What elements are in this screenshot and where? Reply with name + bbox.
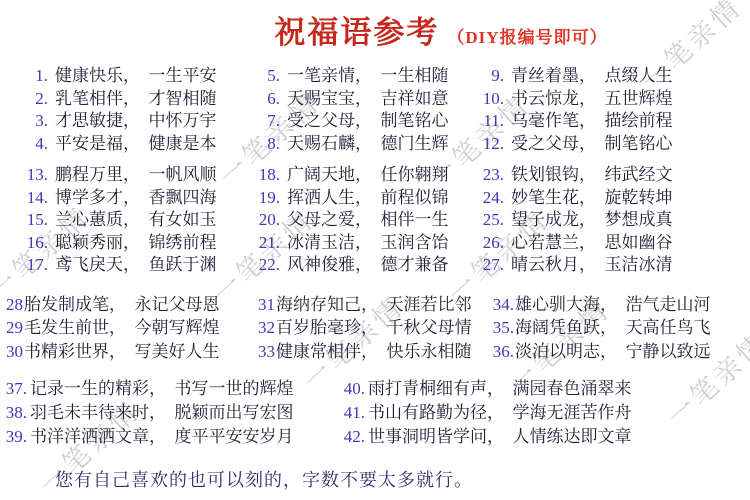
item-number: 38.: [0, 401, 27, 425]
item-text: 聪颖秀丽， 锦绣前程: [55, 233, 217, 252]
item-text: 青丝着墨， 点缀人生: [511, 66, 673, 85]
item-number: 34.: [491, 293, 514, 317]
item-number: 25.: [478, 209, 504, 232]
blessing-column: 5.一笔亲情， 一生相随6.天赐宝宝， 吉祥如意7.受之父母， 制笔铭心8.天赐…: [254, 65, 478, 155]
blessing-column: 9.青丝着墨， 点缀人生10.书云惊龙， 五世辉煌11.乌毫作笔， 描绘前程12…: [478, 65, 673, 155]
item-text: 雄心驯大海， 浩气走山河: [515, 295, 711, 314]
blessing-item: 35.海阔凭鱼跃， 天高任鸟飞: [491, 316, 711, 340]
item-number: 26.: [478, 232, 504, 255]
blessing-item: 21.冰清玉洁， 玉润含饴: [254, 232, 478, 255]
blessing-item: 33健康常相伴， 快乐永相随: [252, 340, 491, 364]
item-text: 铁划银钩， 纬武经文: [511, 165, 673, 184]
item-number: 39.: [0, 425, 27, 449]
item-text: 淡泊以明志， 宁静以致远: [515, 342, 711, 361]
page-content: 祝福语参考 （DIY报编号即可） 1.健康快乐， 一生平安2.乳笔相伴， 才智相…: [0, 0, 750, 492]
item-text: 妙笔生花， 旋乾转坤: [511, 188, 673, 207]
item-number: 37.: [0, 377, 27, 401]
item-number: 19.: [254, 187, 280, 210]
blessing-item: 17.鸢飞戾天， 鱼跃于渊: [22, 254, 254, 277]
blessing-item: 10.书云惊龙， 五世辉煌: [478, 88, 673, 111]
item-number: 8.: [254, 133, 280, 156]
blessing-column: 18.广阔天地， 任你翱翔19.挥洒人生， 前程似锦20.父母之爱， 相伴一生2…: [254, 164, 478, 277]
item-number: 35.: [491, 316, 514, 340]
item-text: 世事洞明皆学问， 人情练达即文章: [368, 427, 632, 446]
blessing-item: 27.晴云秋月， 玉洁冰清: [478, 254, 673, 277]
item-number: 20.: [254, 209, 280, 232]
blessing-item: 28胎发制成笔， 永记父母恩: [0, 293, 252, 317]
item-text: 毛发生前世， 今朝写辉煌: [24, 318, 220, 337]
item-text: 海纳存知己， 天涯若比邻: [276, 295, 472, 314]
item-text: 鹏程万里， 一帆风顺: [55, 165, 217, 184]
item-text: 心若慧兰， 思如幽谷: [511, 233, 673, 252]
blessing-column: 40.雨打青桐细有声， 满园春色涌翠来41.书山有路勤为径， 学海无涯苦作舟42…: [338, 377, 632, 449]
item-number: 31: [252, 293, 275, 317]
blessing-item: 26.心若慧兰， 思如幽谷: [478, 232, 673, 255]
blessing-item: 31海纳存知己， 天涯若比邻: [252, 293, 491, 317]
item-text: 平安是福， 健康是本: [55, 134, 217, 153]
blessing-item: 34.雄心驯大海， 浩气走山河: [491, 293, 711, 317]
title-text: 祝福语参考: [274, 15, 439, 50]
blessing-item: 4.平安是福， 健康是本: [22, 133, 254, 156]
item-text: 挥洒人生， 前程似锦: [287, 188, 449, 207]
item-number: 6.: [254, 88, 280, 111]
blessing-item: 39.书洋洋洒洒文章， 度平平安安岁月: [0, 425, 338, 449]
item-text: 记录一生的精彩， 书写一世的辉煌: [30, 379, 294, 398]
item-number: 5.: [254, 65, 280, 88]
blessing-item: 6.天赐宝宝， 吉祥如意: [254, 88, 478, 111]
blessing-column: 37.记录一生的精彩， 书写一世的辉煌38.羽毛未丰待来时， 脱颖而出写宏图39…: [0, 377, 338, 449]
footer-note: 您有自己喜欢的也可以刻的，字数不要太多就行。: [55, 466, 750, 492]
blessing-item: 42.世事洞明皆学问， 人情练达即文章: [338, 425, 632, 449]
item-text: 冰清玉洁， 玉润含饴: [287, 233, 449, 252]
item-number: 2.: [22, 88, 48, 111]
blessing-item: 16.聪颖秀丽， 锦绣前程: [22, 232, 254, 255]
item-text: 胎发制成笔， 永记父母恩: [24, 295, 220, 314]
item-text: 羽毛未丰待来时， 脱颖而出写宏图: [30, 403, 294, 422]
blessing-item: 8.天赐石麟， 德门生辉: [254, 133, 478, 156]
item-text: 博学多才， 香飘四海: [55, 188, 217, 207]
item-text: 受之父母， 制笔铭心: [511, 134, 673, 153]
item-number: 12.: [478, 133, 504, 156]
item-number: 32: [252, 316, 275, 340]
item-text: 书精彩世界， 写美好人生: [24, 342, 220, 361]
item-number: 10.: [478, 88, 504, 111]
item-number: 15.: [22, 209, 48, 232]
blessing-item: 25.望子成龙， 梦想成真: [478, 209, 673, 232]
item-text: 受之父母， 制笔铭心: [287, 111, 449, 130]
item-number: 28: [0, 293, 23, 317]
blessing-item: 13.鹏程万里， 一帆风顺: [22, 164, 254, 187]
blessing-item: 36.淡泊以明志， 宁静以致远: [491, 340, 711, 364]
blessing-item: 19.挥洒人生， 前程似锦: [254, 187, 478, 210]
blessing-reference-page: 一笔亲情一笔亲情一笔亲情一笔亲情一笔亲情一笔亲情一笔亲情一笔亲情一笔亲情一笔亲情…: [0, 0, 750, 500]
blessing-item: 11.乌毫作笔， 描绘前程: [478, 110, 673, 133]
item-number: 9.: [478, 65, 504, 88]
item-number: 7.: [254, 110, 280, 133]
item-number: 29: [0, 316, 23, 340]
item-text: 望子成龙， 梦想成真: [511, 210, 673, 229]
item-number: 23.: [478, 164, 504, 187]
blessing-item: 40.雨打青桐细有声， 满园春色涌翠来: [338, 377, 632, 401]
blessing-item: 14.博学多才， 香飘四海: [22, 187, 254, 210]
item-number: 33: [252, 340, 275, 364]
item-number: 41.: [338, 401, 365, 425]
item-number: 1.: [22, 65, 48, 88]
item-number: 42.: [338, 425, 365, 449]
item-text: 晴云秋月， 玉洁冰清: [511, 255, 673, 274]
item-text: 父母之爱， 相伴一生: [287, 210, 449, 229]
item-text: 健康快乐， 一生平安: [55, 66, 217, 85]
blessing-column: 23.铁划银钩， 纬武经文24.妙笔生花， 旋乾转坤25.望子成龙， 梦想成真2…: [478, 164, 673, 277]
item-text: 书云惊龙， 五世辉煌: [511, 89, 673, 108]
blessing-item: 3.才思敏捷， 中怀万宇: [22, 110, 254, 133]
item-text: 健康常相伴， 快乐永相随: [276, 342, 472, 361]
item-text: 乌毫作笔， 描绘前程: [511, 111, 673, 130]
item-text: 一笔亲情， 一生相随: [287, 66, 449, 85]
item-text: 书山有路勤为径， 学海无涯苦作舟: [368, 403, 632, 422]
blessing-item: 5.一笔亲情， 一生相随: [254, 65, 478, 88]
blessing-column: 34.雄心驯大海， 浩气走山河35.海阔凭鱼跃， 天高任鸟飞36.淡泊以明志， …: [491, 293, 711, 364]
item-number: 24.: [478, 187, 504, 210]
blessing-item: 24.妙笔生花， 旋乾转坤: [478, 187, 673, 210]
blessing-column: 1.健康快乐， 一生平安2.乳笔相伴， 才智相随3.才思敏捷， 中怀万宇4.平安…: [22, 65, 254, 155]
item-number: 16.: [22, 232, 48, 255]
item-number: 21.: [254, 232, 280, 255]
item-text: 才思敏捷， 中怀万宇: [55, 111, 217, 130]
item-number: 11.: [478, 110, 504, 133]
blessing-blocks: 1.健康快乐， 一生平安2.乳笔相伴， 才智相随3.才思敏捷， 中怀万宇4.平安…: [0, 65, 750, 449]
blessing-item: 30书精彩世界， 写美好人生: [0, 340, 252, 364]
blessing-item: 29毛发生前世， 今朝写辉煌: [0, 316, 252, 340]
item-text: 乳笔相伴， 才智相随: [55, 89, 217, 108]
blessing-column: 13.鹏程万里， 一帆风顺14.博学多才， 香飘四海15.兰心蕙质， 有女如玉1…: [22, 164, 254, 277]
item-number: 18.: [254, 164, 280, 187]
item-number: 27.: [478, 254, 504, 277]
blessing-item: 41.书山有路勤为径， 学海无涯苦作舟: [338, 401, 632, 425]
blessing-item: 22.风神俊雅， 德才兼备: [254, 254, 478, 277]
blessing-item: 23.铁划银钩， 纬武经文: [478, 164, 673, 187]
blessing-item: 38.羽毛未丰待来时， 脱颖而出写宏图: [0, 401, 338, 425]
blessing-item: 1.健康快乐， 一生平安: [22, 65, 254, 88]
item-text: 风神俊雅， 德才兼备: [287, 255, 449, 274]
item-text: 兰心蕙质， 有女如玉: [55, 210, 217, 229]
blessing-item: 12.受之父母， 制笔铭心: [478, 133, 673, 156]
item-number: 22.: [254, 254, 280, 277]
item-number: 13.: [22, 164, 48, 187]
blessing-item: 37.记录一生的精彩， 书写一世的辉煌: [0, 377, 338, 401]
title-note: （DIY报编号即可）: [447, 28, 607, 47]
page-title: 祝福语参考 （DIY报编号即可）: [0, 0, 750, 52]
item-text: 天赐宝宝， 吉祥如意: [287, 89, 449, 108]
item-text: 海阔凭鱼跃， 天高任鸟飞: [515, 318, 711, 337]
blessing-item: 15.兰心蕙质， 有女如玉: [22, 209, 254, 232]
blessing-item: 2.乳笔相伴， 才智相随: [22, 88, 254, 111]
item-text: 天赐石麟， 德门生辉: [287, 134, 449, 153]
item-text: 书洋洋洒洒文章， 度平平安安岁月: [30, 427, 294, 446]
blessing-block: 37.记录一生的精彩， 书写一世的辉煌38.羽毛未丰待来时， 脱颖而出写宏图39…: [0, 377, 750, 449]
blessing-item: 18.广阔天地， 任你翱翔: [254, 164, 478, 187]
blessing-item: 20.父母之爱， 相伴一生: [254, 209, 478, 232]
blessing-item: 7.受之父母， 制笔铭心: [254, 110, 478, 133]
item-number: 40.: [338, 377, 365, 401]
blessing-column: 28胎发制成笔， 永记父母恩29毛发生前世， 今朝写辉煌30书精彩世界， 写美好…: [0, 293, 252, 364]
blessing-block: 1.健康快乐， 一生平安2.乳笔相伴， 才智相随3.才思敏捷， 中怀万宇4.平安…: [22, 65, 750, 155]
item-text: 鸢飞戾天， 鱼跃于渊: [55, 255, 217, 274]
blessing-block: 28胎发制成笔， 永记父母恩29毛发生前世， 今朝写辉煌30书精彩世界， 写美好…: [0, 293, 750, 364]
item-text: 雨打青桐细有声， 满园春色涌翠来: [368, 379, 632, 398]
blessing-item: 32百岁胎毫珍， 千秋父母情: [252, 316, 491, 340]
item-text: 广阔天地， 任你翱翔: [287, 165, 449, 184]
item-number: 36.: [491, 340, 514, 364]
item-number: 30: [0, 340, 23, 364]
blessing-block: 13.鹏程万里， 一帆风顺14.博学多才， 香飘四海15.兰心蕙质， 有女如玉1…: [22, 164, 750, 277]
item-number: 17.: [22, 254, 48, 277]
blessing-item: 9.青丝着墨， 点缀人生: [478, 65, 673, 88]
item-number: 3.: [22, 110, 48, 133]
blessing-column: 31海纳存知己， 天涯若比邻32百岁胎毫珍， 千秋父母情33健康常相伴， 快乐永…: [252, 293, 491, 364]
item-number: 14.: [22, 187, 48, 210]
item-text: 百岁胎毫珍， 千秋父母情: [276, 318, 472, 337]
item-number: 4.: [22, 133, 48, 156]
